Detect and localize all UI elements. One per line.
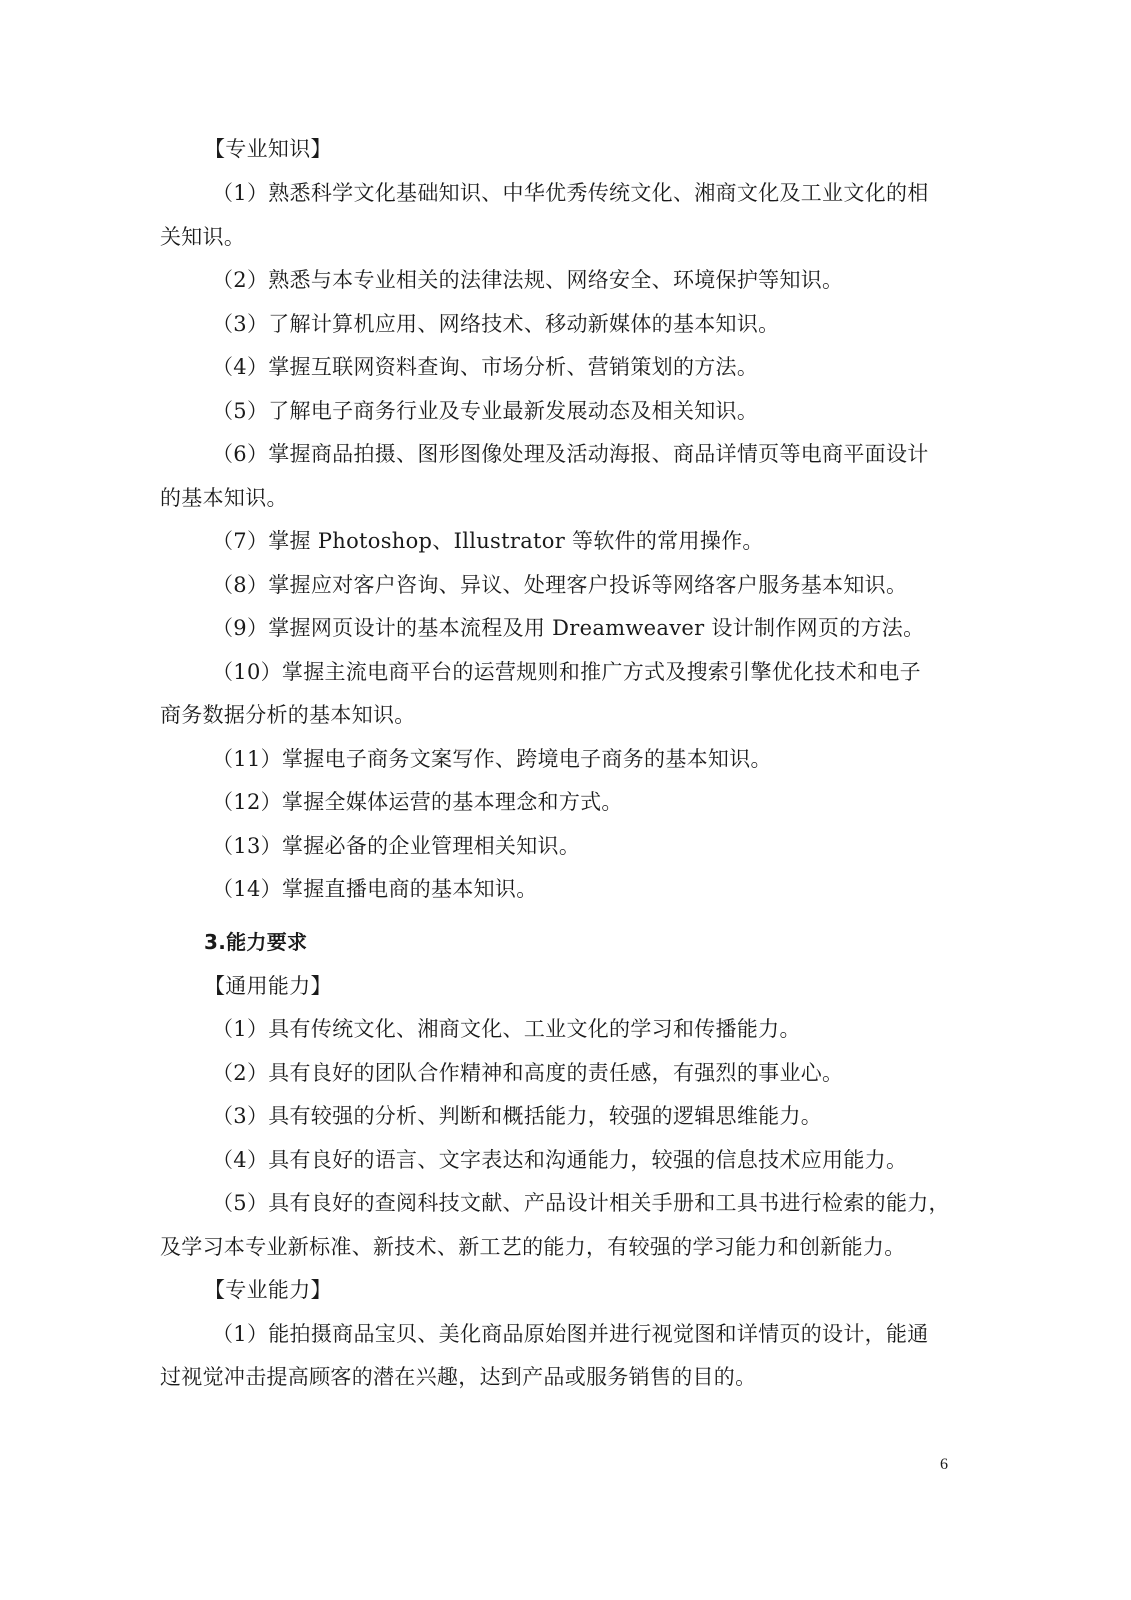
knowledge-item-4: （4）掌握互联网资料查询、市场分析、营销策划的方法。 — [212, 352, 758, 382]
general-ability-item-2: （2）具有良好的团队合作精神和高度的责任感，有强烈的事业心。 — [212, 1058, 843, 1088]
document-page: 【专业知识】 （1）熟悉科学文化基础知识、中华优秀传统文化、湘商文化及工业文化的… — [0, 0, 1131, 1600]
knowledge-item-6-cont: 的基本知识。 — [160, 483, 288, 513]
knowledge-item-9: （9）掌握网页设计的基本流程及用 Dreamweaver 设计制作网页的方法。 — [212, 613, 924, 643]
knowledge-item-6: （6）掌握商品拍摄、图形图像处理及活动海报、商品详情页等电商平面设计 — [212, 439, 929, 469]
section-title-general-ability: 【通用能力】 — [204, 971, 332, 1001]
general-ability-item-1: （1）具有传统文化、湘商文化、工业文化的学习和传播能力。 — [212, 1014, 801, 1044]
knowledge-item-2: （2）熟悉与本专业相关的法律法规、网络安全、环境保护等知识。 — [212, 265, 843, 295]
section-title-professional-knowledge: 【专业知识】 — [204, 134, 332, 164]
knowledge-item-10-cont: 商务数据分析的基本知识。 — [160, 700, 416, 730]
professional-ability-item-1: （1）能拍摄商品宝贝、美化商品原始图并进行视觉图和详情页的设计，能通 — [212, 1319, 929, 1349]
page-number: 6 — [940, 1456, 948, 1474]
knowledge-item-12: （12）掌握全媒体运营的基本理念和方式。 — [212, 787, 623, 817]
knowledge-item-3: （3）了解计算机应用、网络技术、移动新媒体的基本知识。 — [212, 309, 779, 339]
section-heading-ability: 3.能力要求 — [204, 927, 307, 957]
general-ability-item-3: （3）具有较强的分析、判断和概括能力，较强的逻辑思维能力。 — [212, 1101, 822, 1131]
general-ability-item-5-cont: 及学习本专业新标准、新技术、新工艺的能力，有较强的学习能力和创新能力。 — [160, 1232, 906, 1262]
knowledge-item-5: （5）了解电子商务行业及专业最新发展动态及相关知识。 — [212, 396, 758, 426]
knowledge-item-1: （1）熟悉科学文化基础知识、中华优秀传统文化、湘商文化及工业文化的相 — [212, 178, 929, 208]
knowledge-item-13: （13）掌握必备的企业管理相关知识。 — [212, 831, 580, 861]
knowledge-item-8: （8）掌握应对客户咨询、异议、处理客户投诉等网络客户服务基本知识。 — [212, 570, 907, 600]
knowledge-item-1-cont: 关知识。 — [160, 222, 245, 252]
section-title-professional-ability: 【专业能力】 — [204, 1275, 332, 1305]
knowledge-item-14: （14）掌握直播电商的基本知识。 — [212, 874, 538, 904]
professional-ability-item-1-cont: 过视觉冲击提高顾客的潜在兴趣，达到产品或服务销售的目的。 — [160, 1362, 756, 1392]
knowledge-item-11: （11）掌握电子商务文案写作、跨境电子商务的基本知识。 — [212, 744, 772, 774]
knowledge-item-10: （10）掌握主流电商平台的运营规则和推广方式及搜索引擎优化技术和电子 — [212, 657, 921, 687]
general-ability-item-5: （5）具有良好的查阅科技文献、产品设计相关手册和工具书进行检索的能力， — [212, 1188, 950, 1218]
general-ability-item-4: （4）具有良好的语言、文字表达和沟通能力，较强的信息技术应用能力。 — [212, 1145, 907, 1175]
knowledge-item-7: （7）掌握 Photoshop、Illustrator 等软件的常用操作。 — [212, 526, 764, 556]
